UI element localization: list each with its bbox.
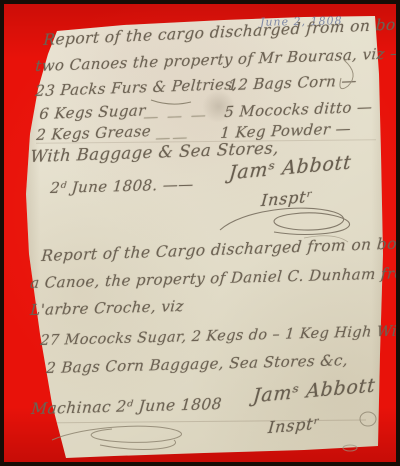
report1-items-row3-left: 2 Kegs Grease [36,122,152,144]
report2-items-line2: 2 Bags Corn Baggage, Sea Stores &c, [46,351,349,377]
report1-items-row2-left: 6 Kegs Sugar [39,101,147,123]
report2-signature-title: Insptʳ [267,413,320,437]
report1-items-row1-right: 12 Bags Corn — [228,72,358,95]
report1-items-row2-dashes: — — — [143,106,209,126]
report2-signature: Jamˢ Abbott [252,374,376,407]
report2-origin-line: L'arbre Croche, viz [30,297,185,319]
report1-items-row3-right: 1 Keg Powder — [220,119,352,142]
report2-heading-line1: Report of the Cargo discharged from on b… [41,234,400,265]
report1-signature-title: Insptʳ [260,186,313,210]
document-photo: June 2, 1808 Report of the cargo dischar… [0,0,400,466]
report2-items-line1: 27 Mococks Sugar, 2 Kegs do – 1 Keg High… [40,323,400,349]
manuscript-text-layer: June 2, 1808 Report of the cargo dischar… [4,4,396,462]
report1-heading-line2: two Canoes the property of Mr Bourasa, v… [35,44,400,75]
report2-place-date-line: Machinac 2ᵈ June 1808 [31,395,223,418]
report1-items-row1-left: 23 Packs Furs & Peltries, [35,75,239,100]
report1-items-row2-right: 5 Mococks ditto — [224,98,373,121]
report1-heading-line1: Report of the cargo discharged from on b… [43,14,400,49]
report1-date-line: 2ᵈ June 1808. —— [50,175,195,197]
report2-heading-line2: a Canoe, the property of Daniel C. Dunha… [30,264,400,292]
